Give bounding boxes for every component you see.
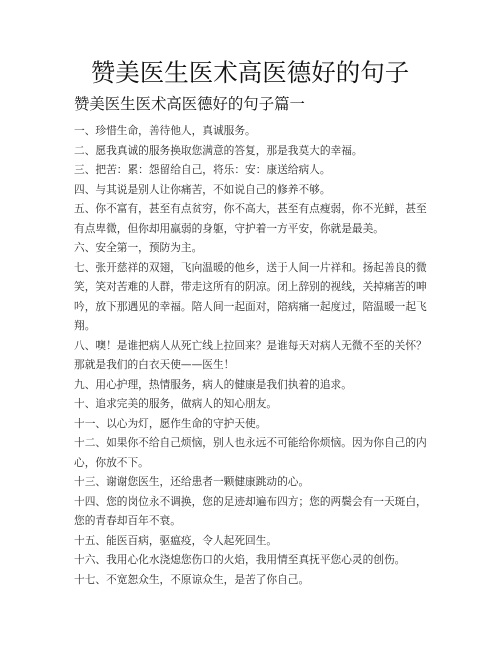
body-line: 三、把苦：累：怨留给自己，将乐：安：康送给病人。 [74, 160, 430, 180]
document-page: 赞美医生医术高医德好的句子 赞美医生医术高医德好的句子篇一 一、珍惜生命，善待他… [0, 0, 500, 647]
body-line: 六、安全第一，预防为主。 [74, 238, 430, 258]
body-line: 十五、能医百病，驱瘟疫，令人起死回生。 [74, 531, 430, 551]
body-line: 十七、不宽恕众生，不原谅众生，是苦了你自己。 [74, 570, 430, 590]
body-line: 十一、以心为灯，愿作生命的守护天使。 [74, 414, 430, 434]
body-line: 五、你不富有，甚至有点贫穷，你不高大，甚至有点瘦弱，你不光鲜，甚至 [74, 199, 430, 219]
document-body: 一、珍惜生命，善待他人，真诚服务。 二、愿我真诚的服务换取您满意的答复，那是我莫… [74, 121, 430, 589]
body-line: 心，你放不下。 [74, 453, 430, 473]
body-line: 翔。 [74, 316, 430, 336]
body-line: 七、张开慈祥的双翅，飞向温暖的他乡，送于人间一片祥和。扬起善良的微 [74, 258, 430, 278]
body-line: 十、追求完美的服务，做病人的知心朋友。 [74, 394, 430, 414]
body-line: 二、愿我真诚的服务换取您满意的答复，那是我莫大的幸福。 [74, 141, 430, 161]
body-line: 十六、我用心化水浇熄您伤口的火焰，我用情至真抚平您心灵的创伤。 [74, 550, 430, 570]
body-line: 有点卑微，但你却用羸弱的身躯，守护着一方平安，你就是最美。 [74, 219, 430, 239]
body-line: 十三、谢谢您医生，还给患者一颗健康跳动的心。 [74, 472, 430, 492]
document-title: 赞美医生医术高医德好的句子 [0, 58, 500, 88]
body-line: 十四、您的岗位永不调换，您的足迹却遍布四方；您的两鬓会有一天斑白， [74, 492, 430, 512]
body-line: 笑，笑对苦难的人群，带走这所有的阴凉。闭上辞别的视线，关掉痛苦的呻 [74, 277, 430, 297]
body-line: 吟，放下那遇见的幸福。陪人间一起面对，陪病痛一起度过，陪温暖一起飞 [74, 297, 430, 317]
body-line: 四、与其说是别人让你痛苦，不如说自己的修养不够。 [74, 180, 430, 200]
body-line: 十二、如果你不给自己烦恼，别人也永远不可能给你烦恼。因为你自己的内 [74, 433, 430, 453]
body-line: 八、噢！是谁把病人从死亡线上拉回来？是谁每天对病人无微不至的关怀？ [74, 336, 430, 356]
body-line: 一、珍惜生命，善待他人，真诚服务。 [74, 121, 430, 141]
body-line: 您的青春却百年不衰。 [74, 511, 430, 531]
section-title: 赞美医生医术高医德好的句子篇一 [74, 93, 305, 115]
body-line: 那就是我们的白衣天使——医生！ [74, 355, 430, 375]
body-line: 九、用心护理，热情服务，病人的健康是我们执着的追求。 [74, 375, 430, 395]
